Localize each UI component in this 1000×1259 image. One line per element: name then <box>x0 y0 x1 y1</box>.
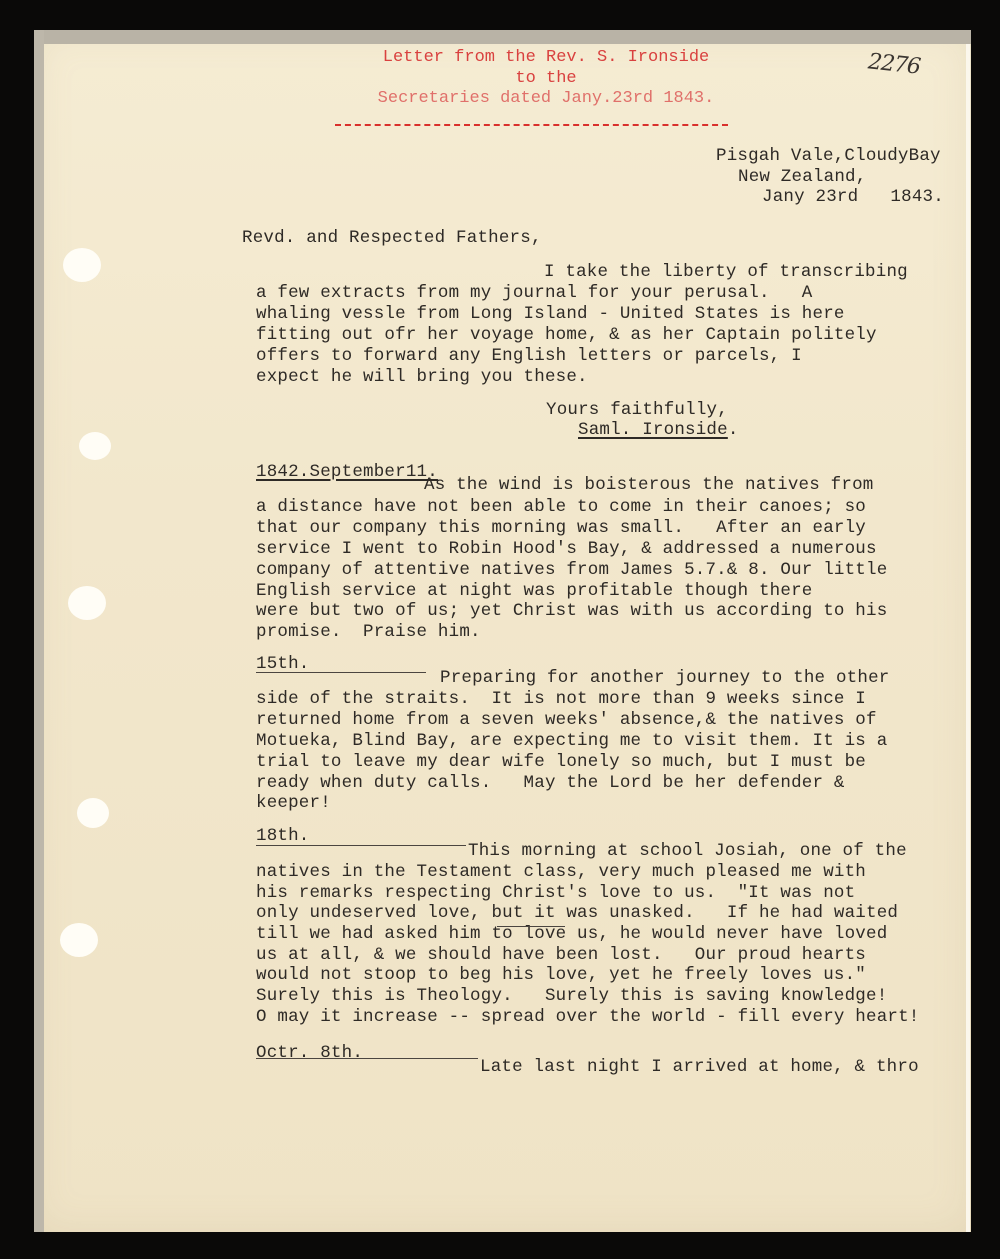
address-line: New Zealand, <box>738 167 866 188</box>
punch-hole <box>77 798 109 828</box>
valediction: Yours faithfully, <box>546 400 728 421</box>
entry-line: Preparing for another journey to the oth… <box>440 668 889 689</box>
heading-line: Letter from the Rev. S. Ironside <box>336 48 756 69</box>
entry-line: natives in the Testament class, very muc… <box>256 862 866 883</box>
entry-line: O may it increase -- spread over the wor… <box>256 1007 920 1028</box>
entry-line: As the wind is boisterous the natives fr… <box>424 475 873 496</box>
signature-block: Saml. Ironside. <box>562 420 739 441</box>
entry-line: trial to leave my dear wife lonely so mu… <box>256 752 866 773</box>
entry-line: would not stoop to beg his love, yet he … <box>256 965 866 986</box>
heading-line: Secretaries dated Jany.23rd 1843. <box>336 89 756 110</box>
entry-line: service I went to Robin Hood's Bay, & ad… <box>256 539 877 560</box>
date-underline <box>256 672 426 673</box>
paragraph-line: offers to forward any English letters or… <box>256 346 802 367</box>
paragraph-line: expect he will bring you these. <box>256 367 588 388</box>
paper-right-edge <box>966 44 970 1232</box>
paper-top-edge <box>34 30 971 44</box>
address-line: Pisgah Vale,CloudyBay <box>716 146 941 167</box>
entry-line: side of the straits. It is not more than… <box>256 689 866 710</box>
punch-hole <box>60 923 98 957</box>
paragraph-line: whaling vessle from Long Island - United… <box>256 304 845 325</box>
entry-line: till we had asked him to love us, he wou… <box>256 924 887 945</box>
archive-number: 2276 <box>867 49 921 79</box>
paragraph-line: a few extracts from my journal for your … <box>256 283 813 304</box>
punch-hole <box>68 586 106 620</box>
punch-hole <box>63 248 101 282</box>
entry-line: company of attentive natives from James … <box>256 560 887 581</box>
entry-date: 1842.September11. <box>256 462 438 483</box>
entry-line: promise. Praise him. <box>256 622 481 643</box>
document-page <box>34 30 971 1232</box>
entry-line: only undeserved love, but it was unasked… <box>256 903 898 924</box>
paragraph-line: I take the liberty of transcribing <box>544 262 908 283</box>
heading-divider <box>335 124 728 126</box>
entry-date: Octr. 8th. <box>256 1043 363 1064</box>
entry-line: a distance have not been able to come in… <box>256 497 866 518</box>
address-line: Jany 23rd 1843. <box>762 187 944 208</box>
entry-line: ready when duty calls. May the Lord be h… <box>256 773 845 794</box>
entry-line: keeper! <box>256 793 331 814</box>
entry-line: Surely this is Theology. Surely this is … <box>256 986 887 1007</box>
word-underline-unasked <box>497 926 565 927</box>
salutation: Revd. and Respected Fathers, <box>242 228 542 249</box>
letter-heading: Letter from the Rev. S. Ironside to the … <box>336 48 756 110</box>
entry-line: were but two of us; yet Christ was with … <box>256 601 887 622</box>
signature-period: . <box>728 420 739 440</box>
entry-line: returned home from a seven weeks' absenc… <box>256 710 877 731</box>
entry-date: 18th. <box>256 826 310 847</box>
signature: Saml. Ironside <box>562 420 728 440</box>
entry-line: us at all, & we should have been lost. O… <box>256 945 866 966</box>
entry-line: This morning at school Josiah, one of th… <box>468 841 907 862</box>
paragraph-line: fitting out ofr her voyage home, & as he… <box>256 325 877 346</box>
heading-line: to the <box>336 69 756 90</box>
date-underline <box>256 1058 478 1059</box>
entry-line: Late last night I arrived at home, & thr… <box>480 1057 919 1078</box>
entry-line: English service at night was profitable … <box>256 581 813 602</box>
punch-hole <box>79 432 111 460</box>
date-underline <box>256 845 466 846</box>
entry-line: his remarks respecting Christ's love to … <box>256 883 855 904</box>
entry-line: Motueka, Blind Bay, are expecting me to … <box>256 731 887 752</box>
entry-line: that our company this morning was small.… <box>256 518 866 539</box>
paper-left-edge <box>34 30 44 1232</box>
